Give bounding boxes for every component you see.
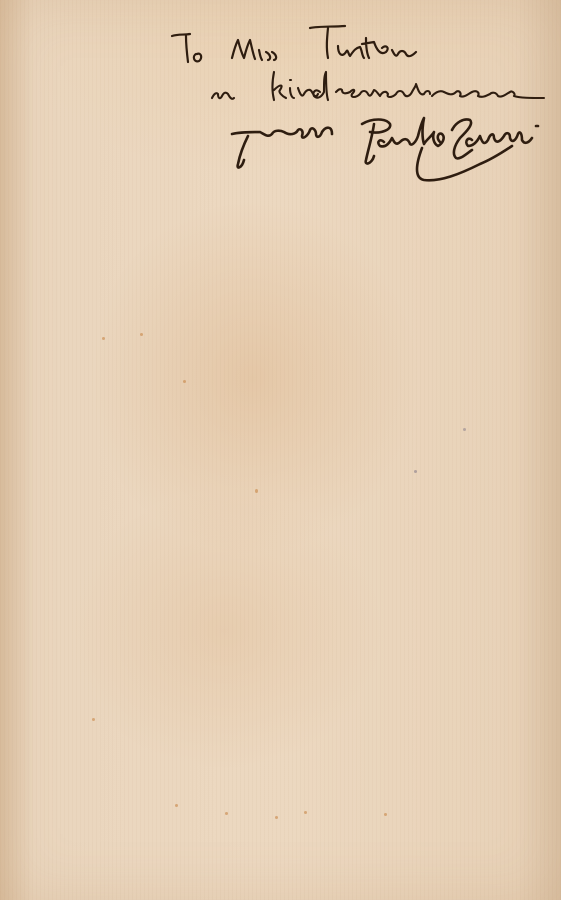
inscription-line-3-signature: from Janko Lavrin — [232, 122, 433, 147]
inscription-line-1: To Miss Turton — [170, 28, 338, 53]
foxing-spot — [175, 804, 178, 807]
book-flyleaf-page: To Miss Turton in kind remembrance from … — [0, 0, 561, 900]
foxing-spot — [463, 428, 466, 431]
foxing-spot — [92, 718, 95, 721]
foxing-spot — [384, 813, 387, 816]
foxing-spot — [183, 380, 186, 383]
foxing-spot — [414, 470, 417, 473]
inscription-line-2: in kind remembrance — [210, 74, 449, 99]
foxing-spot — [225, 812, 228, 815]
foxing-spot — [140, 333, 143, 336]
foxing-spot — [255, 489, 258, 493]
handwritten-inscription: To Miss Turton in kind remembrance from … — [160, 14, 560, 194]
foxing-spot — [102, 337, 105, 340]
foxing-spot — [275, 816, 278, 819]
foxing-spot — [304, 811, 307, 814]
